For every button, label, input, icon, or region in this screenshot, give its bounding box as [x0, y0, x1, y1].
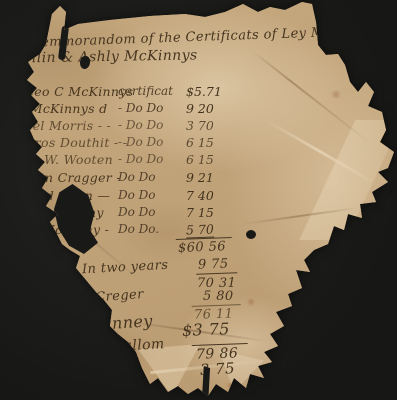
row-ditto: - Do Do: [118, 152, 163, 166]
row-name: Ambros Douthit - -: [5, 135, 127, 150]
torn-hole: [246, 230, 256, 239]
row-ditto: Do Do: [118, 170, 156, 184]
memo-title-line2: Collin & Ashly McKinnys: [12, 47, 198, 66]
ledger-row: Wm Cragger - Do Do 9 21: [0, 170, 260, 186]
row-name: Wm Cragger -: [28, 170, 121, 185]
row-ditto: certificat: [118, 84, 173, 98]
row-amount: $5.71: [186, 84, 222, 99]
mckinney-label: McKinney: [67, 311, 153, 336]
row-ditto: Do Do.: [118, 222, 159, 236]
paper-document: A memmorandom of the Certificats of Ley …: [0, 0, 397, 400]
row-name: Daniel Morris - -: [2, 118, 111, 133]
torn-paper-shape: A memmorandom of the Certificats of Ley …: [0, 0, 397, 400]
row-ditto: - Do Do: [118, 101, 163, 115]
row-amount: 6 15: [186, 135, 214, 150]
ledger-row: Ambros Douthit - - - Do Do 6 15: [0, 135, 260, 151]
fold-highlight: [292, 120, 392, 240]
two-years-label: In two years: [82, 258, 169, 278]
creger-label: from Creger: [58, 287, 145, 308]
row-ditto: - Do Do: [118, 135, 163, 149]
creger-value: 5 80: [203, 289, 234, 304]
row-name: J C McKinnys d: [6, 101, 107, 116]
row-name: Geo C McKinnys: [24, 84, 133, 99]
ledger-row: E. McKinny - Do Do. 5 70: [0, 222, 260, 238]
ledger-row: Geo W. Wooten - Do Do 6 15: [0, 152, 260, 168]
ledger-row: J C McKinnys d - Do Do 9 20: [0, 101, 260, 117]
torn-hole: [80, 56, 90, 69]
callom-label: m Callom: [94, 336, 165, 356]
stain-spot: [246, 298, 256, 306]
row-amount: 3 70: [186, 118, 214, 133]
crease-line: [251, 50, 370, 144]
row-name: Geo W. Wooten: [14, 152, 113, 167]
row-amount: 9 20: [186, 101, 214, 116]
row-amount: 6 15: [186, 152, 214, 167]
stain-spot: [330, 90, 342, 99]
ledger-row: Daniel Morris - - - Do Do 3 70: [0, 118, 260, 134]
ledger-row: Geo C McKinnys certificat $5.71: [0, 84, 260, 100]
row-amount: 7 15: [186, 205, 214, 220]
row-ditto: Do Do: [118, 205, 156, 219]
mckinney-value: $3 75: [182, 319, 230, 340]
stain-spot: [296, 330, 310, 340]
photo-background: A memmorandom of the Certificats of Ley …: [0, 0, 397, 400]
stain-spot: [226, 382, 235, 389]
two-years-value: 9 75: [196, 256, 237, 274]
ledger-row: David Gann — Do Do 7 40: [0, 188, 260, 204]
row-amount: 9 21: [186, 170, 214, 185]
row-amount: 5 70: [186, 222, 214, 239]
crease-line: [263, 118, 377, 186]
ledger-total: $60 56: [176, 237, 232, 256]
ledger-row: Saml McKinny Do Do 7 15: [0, 205, 260, 221]
row-ditto: Do Do: [118, 188, 156, 202]
row-amount: 7 40: [186, 188, 214, 203]
row-ditto: - Do Do: [118, 118, 163, 132]
